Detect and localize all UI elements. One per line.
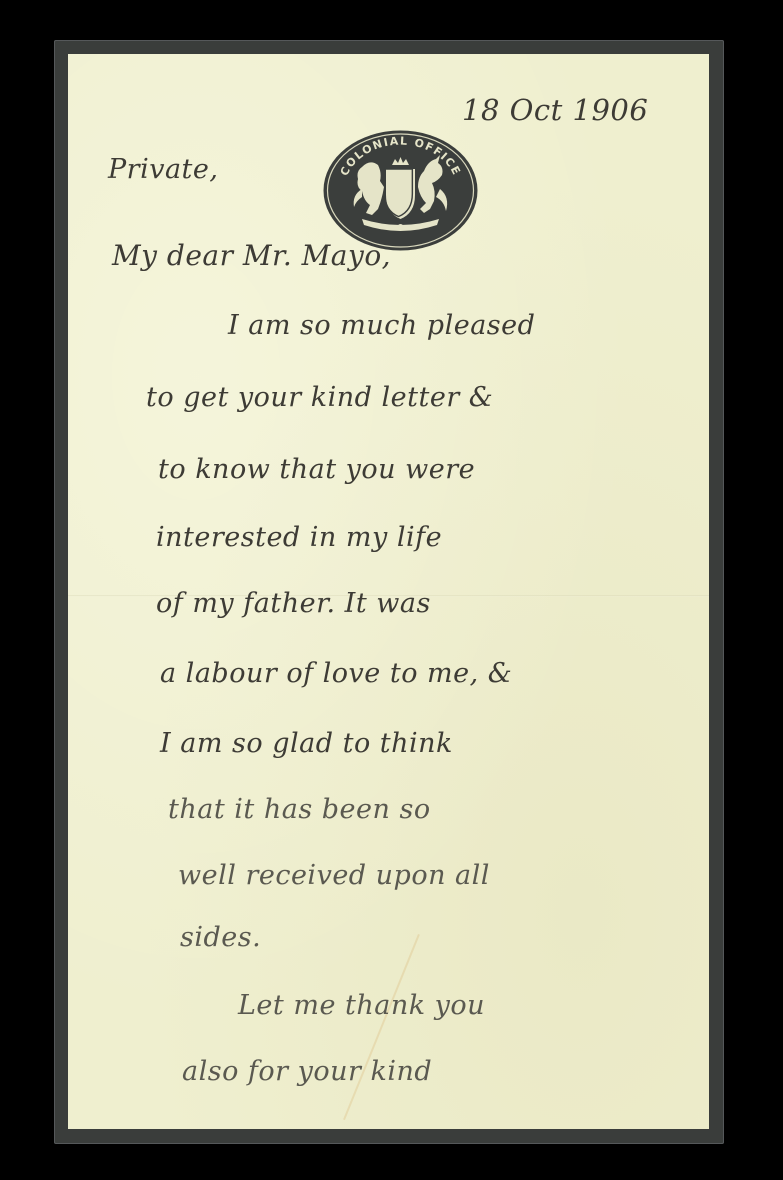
letter-body-line: Let me thank you: [238, 992, 485, 1019]
letter-body-line: well received upon all: [178, 862, 490, 889]
royal-coat-of-arms-icon: COLONIAL OFFICE: [322, 129, 479, 252]
paper-crease: [343, 934, 420, 1120]
letter-date: 18 Oct 1906: [462, 96, 648, 125]
letter-paper: COLONIAL OFFICE 18 Oc: [68, 54, 709, 1129]
letter-body-line: I am so much pleased: [228, 312, 535, 339]
letter-body-line: a labour of love to me, &: [160, 660, 512, 687]
letter-marking-private: Private,: [108, 156, 218, 183]
letter-body-line: also for your kind: [182, 1058, 432, 1085]
letter-body-line: I am so glad to think: [160, 730, 453, 757]
colonial-office-emblem: COLONIAL OFFICE: [322, 129, 479, 252]
letter-card: COLONIAL OFFICE 18 Oc: [54, 40, 724, 1144]
letter-salutation: My dear Mr. Mayo,: [112, 242, 391, 270]
letter-body-line: sides.: [180, 924, 261, 951]
letter-body-line: interested in my life: [156, 524, 442, 551]
letter-body-line: to know that you were: [158, 456, 475, 483]
letter-body-line: to get your kind letter &: [146, 384, 493, 411]
letter-body-line: of my father. It was: [156, 590, 431, 617]
letter-body-line: that it has been so: [168, 796, 431, 823]
